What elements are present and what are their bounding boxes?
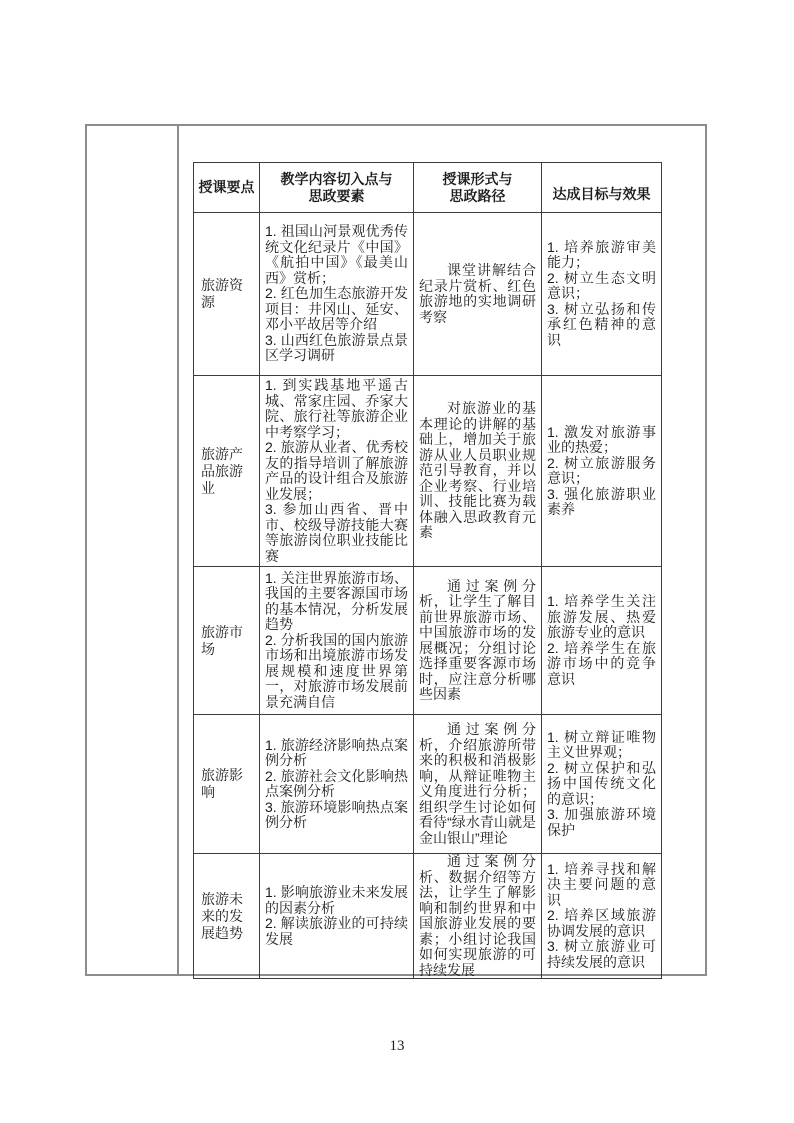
list-item: 2. 树立生态文明意识；	[547, 271, 656, 302]
list-item: 2. 培养区域旅游协调发展的意识	[547, 908, 656, 939]
list-item: 1. 培养寻找和解决主要问题的意识	[547, 862, 656, 909]
method-cell: 课堂讲解结合纪录片赏析、红色旅游地的实地调研考察	[414, 213, 542, 376]
goals-cell: 1. 培养旅游审美能力； 2. 树立生态文明意识； 3. 树立弘扬和传承红色精神…	[542, 213, 662, 376]
list-item: 2. 解读旅游业的可持续发展	[265, 916, 408, 947]
content-cell: 1. 关注世界旅游市场、我国的主要客源国市场的基本情况，分析发展趋势 2. 分析…	[260, 567, 414, 715]
list-item: 3. 加强旅游环境保护	[547, 807, 656, 838]
header-label: 教学内容切入点与	[263, 171, 410, 188]
method-text: 通过案例分析，介绍旅游所带来的积极和消极影响，从辩证唯物主义角度进行分析； 组织…	[419, 722, 536, 846]
goals-cell: 1. 培养学生关注旅游发展、热爱旅游专业的意识 2. 培养学生在旅游市场中的竞争…	[542, 567, 662, 715]
content-cell: 1. 影响旅游业未来发展的因素分析 2. 解读旅游业的可持续发展	[260, 854, 414, 979]
list-item: 3. 旅游环境影响热点案例分析	[265, 800, 408, 831]
table-row-tourism-market: 旅游市场 1. 关注世界旅游市场、我国的主要客源国市场的基本情况，分析发展趋势 …	[194, 567, 662, 715]
list-item: 2. 树立旅游服务意识；	[547, 456, 656, 487]
method-cell: 通过案例分析，介绍旅游所带来的积极和消极影响，从辩证唯物主义角度进行分析； 组织…	[414, 715, 542, 854]
table-row-tourism-products: 旅游产品旅游业 1. 到实践基地平遥古城、常家庄园、乔家大院、旅行社等旅游企业中…	[194, 376, 662, 567]
header-label: 授课要点	[197, 179, 256, 196]
list-item: 2. 红色加生态旅游开发项目：井冈山、延安、邓小平故居等介绍	[265, 286, 408, 333]
topic-cell: 旅游产品旅游业	[194, 376, 260, 567]
list-item: 3. 强化旅游职业素养	[547, 487, 656, 518]
method-cell: 通过案例分析、数据介绍等方法，让学生了解影响和制约世界和中国旅游业发展的要素；小…	[414, 854, 542, 979]
method-cell: 通过案例分析，让学生了解目前世界旅游市场、中国旅游市场的发展概况；分组讨论选择重…	[414, 567, 542, 715]
content-cell: 1. 祖国山河景观优秀传统文化纪录片《中国》《航拍中国》《最美山西》赏析； 2.…	[260, 213, 414, 376]
header-label: 思政路径	[417, 188, 538, 205]
header-label: 达成目标与效果	[545, 186, 658, 203]
topic-cell: 旅游影响	[194, 715, 260, 854]
list-item: 1. 到实践基地平遥古城、常家庄园、乔家大院、旅行社等旅游企业中考察学习；	[265, 378, 408, 440]
goals-cell: 1. 培养寻找和解决主要问题的意识 2. 培养区域旅游协调发展的意识 3. 树立…	[542, 854, 662, 979]
list-item: 1. 培养学生关注旅游发展、热爱旅游专业的意识	[547, 594, 656, 641]
list-item: 3. 山西红色旅游景点景区学习调研	[265, 333, 408, 364]
content-cell: 1. 到实践基地平遥古城、常家庄园、乔家大院、旅行社等旅游企业中考察学习； 2.…	[260, 376, 414, 567]
method-cell: 对旅游业的基本理论的讲解的基础上，增加关于旅游从业人员职业规范引导教育，并以企业…	[414, 376, 542, 567]
topic-label: 旅游资源	[194, 277, 259, 311]
list-item: 1. 旅游经济影响热点案例分析	[265, 738, 408, 769]
page-number: 13	[0, 1038, 794, 1055]
list-item: 3. 树立旅游业可持续发展的意识	[547, 939, 656, 970]
header-cell-content-elements: 教学内容切入点与 思政要素	[260, 163, 414, 213]
table-header-row: 授课要点 教学内容切入点与 思政要素 授课形式与 思政路径 达成目标与效果	[194, 163, 662, 213]
list-item: 3. 参加山西省、晋中市、校级导游技能大赛等旅游岗位职业技能比赛	[265, 502, 408, 564]
topic-cell: 旅游未来的发展趋势	[194, 854, 260, 979]
content-cell: 1. 旅游经济影响热点案例分析 2. 旅游社会文化影响热点案例分析 3. 旅游环…	[260, 715, 414, 854]
list-item: 2. 旅游社会文化影响热点案例分析	[265, 769, 408, 800]
method-text: 对旅游业的基本理论的讲解的基础上，增加关于旅游从业人员职业规范引导教育，并以企业…	[419, 401, 536, 541]
header-cell-goals: 达成目标与效果	[542, 163, 662, 213]
list-item: 2. 分析我国的国内旅游市场和出境旅游市场发展规模和速度世界第一，对旅游市场发展…	[265, 633, 408, 711]
topic-label: 旅游产品旅游业	[194, 446, 259, 497]
list-item: 1. 影响旅游业未来发展的因素分析	[265, 885, 408, 916]
header-cell-teaching-form: 授课形式与 思政路径	[414, 163, 542, 213]
goals-cell: 1. 激发对旅游事业的热爱； 2. 树立旅游服务意识； 3. 强化旅游职业素养	[542, 376, 662, 567]
header-label: 授课形式与	[417, 171, 538, 188]
list-item: 2. 树立保护和弘扬中国传统文化的意识；	[547, 761, 656, 808]
table-row-tourism-future-trends: 旅游未来的发展趋势 1. 影响旅游业未来发展的因素分析 2. 解读旅游业的可持续…	[194, 854, 662, 979]
list-item: 2. 旅游从业者、优秀校友的指导培训了解旅游产品的设计组合及旅游业发展；	[265, 440, 408, 502]
topic-label: 旅游未来的发展趋势	[194, 891, 259, 942]
list-item: 2. 培养学生在旅游市场中的竞争意识	[547, 641, 656, 688]
method-text: 课堂讲解结合纪录片赏析、红色旅游地的实地调研考察	[419, 263, 536, 325]
topic-label: 旅游影响	[194, 767, 259, 801]
header-cell-teaching-points: 授课要点	[194, 163, 260, 213]
list-item: 1. 培养旅游审美能力；	[547, 240, 656, 271]
list-item: 1. 激发对旅游事业的热爱；	[547, 425, 656, 456]
table-row-tourism-impact: 旅游影响 1. 旅游经济影响热点案例分析 2. 旅游社会文化影响热点案例分析 3…	[194, 715, 662, 854]
topic-label: 旅游市场	[194, 624, 259, 658]
list-item: 3. 树立弘扬和传承红色精神的意识	[547, 302, 656, 349]
list-item: 1. 祖国山河景观优秀传统文化纪录片《中国》《航拍中国》《最美山西》赏析；	[265, 224, 408, 286]
outer-table-divider	[177, 126, 179, 974]
list-item: 1. 树立辩证唯物主义世界观；	[547, 730, 656, 761]
method-text: 通过案例分析，让学生了解目前世界旅游市场、中国旅游市场的发展概况；分组讨论选择重…	[419, 579, 536, 703]
header-label: 思政要素	[263, 188, 410, 205]
method-text: 通过案例分析、数据介绍等方法，让学生了解影响和制约世界和中国旅游业发展的要素；小…	[419, 854, 536, 978]
document-page: 授课要点 教学内容切入点与 思政要素 授课形式与 思政路径 达成目标与效果 旅游…	[0, 0, 794, 1123]
course-ideology-table: 授课要点 教学内容切入点与 思政要素 授课形式与 思政路径 达成目标与效果 旅游…	[193, 162, 662, 979]
table-row-tourism-resources: 旅游资源 1. 祖国山河景观优秀传统文化纪录片《中国》《航拍中国》《最美山西》赏…	[194, 213, 662, 376]
topic-cell: 旅游市场	[194, 567, 260, 715]
goals-cell: 1. 树立辩证唯物主义世界观； 2. 树立保护和弘扬中国传统文化的意识； 3. …	[542, 715, 662, 854]
topic-cell: 旅游资源	[194, 213, 260, 376]
list-item: 1. 关注世界旅游市场、我国的主要客源国市场的基本情况，分析发展趋势	[265, 571, 408, 633]
